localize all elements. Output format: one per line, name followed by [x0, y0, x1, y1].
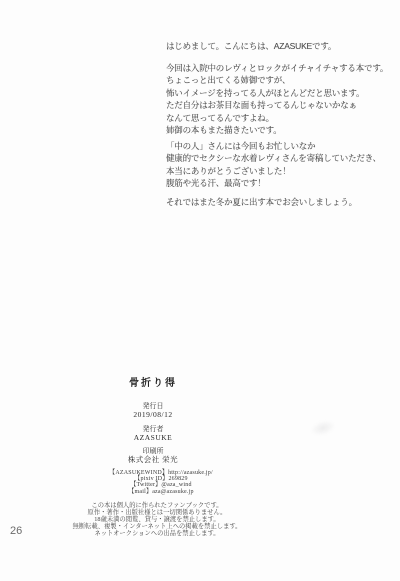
- disclaimer-line: 原作・著作・出版社様とは一切関係ありません。: [27, 509, 287, 516]
- colophon-label: 発行者: [23, 425, 283, 433]
- disclaimer-line: ネットオークションへの出品を禁止します。: [27, 530, 287, 537]
- afterword-line: 本当にありがとうございました！: [166, 165, 396, 177]
- disclaimer-block: この本は個人的に作られたファンブックです。 原作・著作・出版社様とは一切関係あり…: [27, 502, 287, 537]
- disclaimer-line: 無断転載、複製・インターネット上への掲載を禁止します。: [27, 523, 287, 530]
- afterword-paragraph: 「中の人」さんには今回もお忙しいなか 健康的でセクシーな水着レヴィさんを寄稿して…: [166, 140, 396, 190]
- colophon-entry-publish-date: 発行日 2019/08/12: [23, 402, 283, 419]
- disclaimer-line: 18歳未満の閲覧、貸与・譲渡を禁止します。: [27, 516, 287, 523]
- afterword-line: 「中の人」さんには今回もお忙しいなか: [166, 140, 396, 152]
- afterword-line: 腹筋や光る汗、最高です！: [166, 177, 396, 189]
- afterword-paragraph: それではまた冬か夏に出す本でお会いしましょう。: [166, 196, 396, 208]
- afterword-line: ただ自分はお茶目な面も持ってるんじゃないかなぁ: [166, 99, 396, 111]
- colophon-value: 株式会社 栄光: [23, 455, 283, 464]
- contact-line-mail: 【mail】aza@azasuke.jp: [31, 489, 291, 495]
- afterword-line: 姉御の本もまた描きたいです。: [166, 124, 396, 136]
- colophon-value: 2019/08/12: [23, 410, 283, 419]
- afterword-line: それではまた冬か夏に出す本でお会いしましょう。: [166, 196, 396, 208]
- colophon-value: AZASUKE: [23, 433, 283, 442]
- colophon-entry-printer: 印刷所 株式会社 栄光: [23, 447, 283, 464]
- afterword-line: 今回は入院中のレヴィとロックがイチャイチャする本です。: [166, 62, 396, 74]
- afterword-line: なんて思ってるんですよね。: [166, 112, 396, 124]
- disclaimer-line: この本は個人的に作られたファンブックです。: [27, 502, 287, 509]
- scan-smudge-artifact: [309, 418, 338, 438]
- colophon-entry-publisher: 発行者 AZASUKE: [23, 425, 283, 442]
- afterword-line: はじめまして。こんにちは、AZASUKEです。: [166, 40, 396, 52]
- afterword-line: 健康的でセクシーな水着レヴィさんを寄稿していただき、: [166, 152, 396, 164]
- doujinshi-afterword-page: はじめまして。こんにちは、AZASUKEです。 今回は入院中のレヴィとロックがイ…: [0, 0, 400, 581]
- colophon-label: 発行日: [23, 402, 283, 410]
- afterword-paragraph: 今回は入院中のレヴィとロックがイチャイチャする本です。 ちょこっと出てくる姉御で…: [166, 62, 396, 136]
- afterword-line: ちょこっと出てくる姉御ですが、: [166, 74, 396, 86]
- book-title: 骨折り得: [23, 374, 283, 389]
- colophon-label: 印刷所: [23, 447, 283, 455]
- afterword-line: 怖いイメージを持ってる人がほとんどだと思います。: [166, 87, 396, 99]
- contact-info-block: 【AZASUKEWIND】http://azasuke.jp/ 【pixiv I…: [31, 470, 291, 495]
- afterword-paragraph: はじめまして。こんにちは、AZASUKEです。: [166, 40, 396, 52]
- page-number: 26: [10, 525, 22, 537]
